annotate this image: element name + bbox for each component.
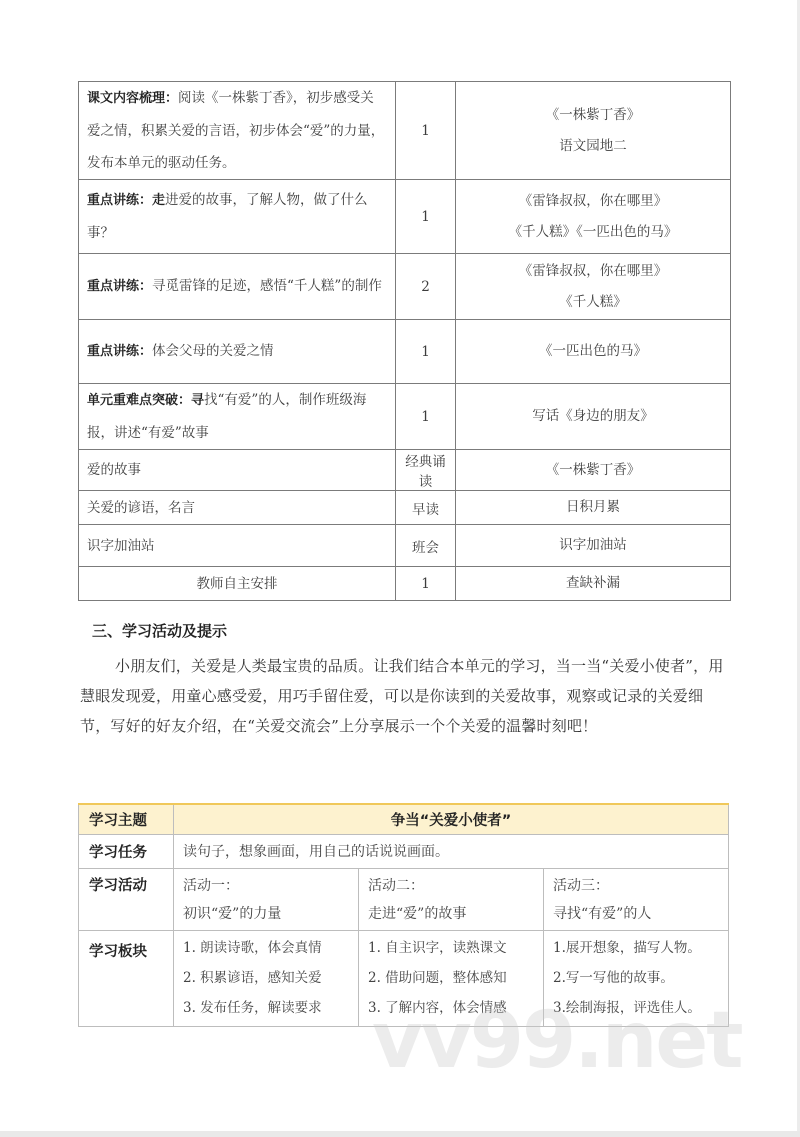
- section-paragraph: 小朋友们，关爱是人类最宝贵的品质。让我们结合本单元的学习，当一当“关爱小使者”，…: [80, 651, 732, 741]
- table-row: 爱的故事 经典诵读 《一株紫丁香》: [79, 450, 731, 491]
- table-row: 单元重难点突破：寻找“有爱”的人，制作班级海报，讲述“有爱”故事 1 写话《身边…: [79, 384, 731, 450]
- activity-name: 初识“爱”的力量: [183, 900, 349, 928]
- content-cell: 课文内容梳理：阅读《一株紫丁香》，初步感受关爱之情，积累关爱的言语，初步体会“爱…: [79, 82, 396, 180]
- theme-value: 争当“关爱小使者”: [174, 804, 729, 834]
- activity-title: 活动二：: [368, 872, 534, 900]
- table-row: 重点讲练：体会父母的关爱之情 1 《一匹出色的马》: [79, 320, 731, 384]
- hours-cell: 经典诵读: [396, 450, 456, 491]
- block-item: 1. 自主识字，读熟课文: [368, 933, 534, 963]
- block-item: 2. 积累谚语，感知关爱: [183, 963, 349, 993]
- content-cell: 识字加油站: [79, 525, 396, 567]
- block-item: 3.绘制海报，评选佳人。: [553, 993, 719, 1023]
- section-heading: 三、学习活动及提示: [92, 620, 227, 641]
- table-row-blocks: 学习板块 1. 朗读诗歌，体会真情 2. 积累谚语，感知关爱 3. 发布任务，解…: [79, 930, 729, 1026]
- content-text: 寻觅雷锋的足迹，感悟“千人糕”的制作: [152, 278, 382, 294]
- text-line: 《一匹出色的马》: [464, 336, 722, 367]
- texts-cell: 日积月累: [456, 491, 731, 525]
- block-item: 3. 发布任务，解读要求: [183, 993, 349, 1023]
- texts-cell: 查缺补漏: [456, 567, 731, 601]
- blocks-cell: 1.展开想象，描写人物。 2.写一写他的故事。 3.绘制海报，评选佳人。: [544, 930, 729, 1026]
- task-value: 读句子，想象画面，用自己的话说说画面。: [174, 834, 729, 868]
- theme-label: 学习主题: [79, 804, 174, 834]
- activity-cell: 活动一： 初识“爱”的力量: [174, 868, 359, 930]
- lesson-schedule-table: 课文内容梳理：阅读《一株紫丁香》，初步感受关爱之情，积累关爱的言语，初步体会“爱…: [78, 81, 731, 601]
- hours-cell: 早读: [396, 491, 456, 525]
- hours-cell: 1: [396, 384, 456, 450]
- texts-cell: 《一匹出色的马》: [456, 320, 731, 384]
- hours-cell: 1: [396, 82, 456, 180]
- texts-cell: 《雷锋叔叔，你在哪里》《千人糕》《一匹出色的马》: [456, 180, 731, 254]
- text-line: 《千人糕》《一匹出色的马》: [464, 217, 722, 248]
- content-bold-label: 重点讲练：: [87, 279, 152, 294]
- content-cell: 重点讲练：寻觅雷锋的足迹，感悟“千人糕”的制作: [79, 254, 396, 320]
- content-bold-label: 单元重难点突破：寻: [87, 393, 204, 408]
- table-row: 课文内容梳理：阅读《一株紫丁香》，初步感受关爱之情，积累关爱的言语，初步体会“爱…: [79, 82, 731, 180]
- activity-title: 活动一：: [183, 872, 349, 900]
- task-label: 学习任务: [79, 834, 174, 868]
- activity-name: 走进“爱”的故事: [368, 900, 534, 928]
- text-line: 《一株紫丁香》: [464, 100, 722, 131]
- blocks-label: 学习板块: [79, 930, 174, 1026]
- texts-cell: 《雷锋叔叔，你在哪里》《千人糕》: [456, 254, 731, 320]
- activity-name: 寻找“有爱”的人: [553, 900, 719, 928]
- activity-cell: 活动二： 走进“爱”的故事: [359, 868, 544, 930]
- block-item: 1.展开想象，描写人物。: [553, 933, 719, 963]
- text-line: 《雷锋叔叔，你在哪里》: [464, 256, 722, 287]
- blocks-cell: 1. 自主识字，读熟课文 2. 借助问题，整体感知 3. 了解内容，体会情感: [359, 930, 544, 1026]
- block-item: 2. 借助问题，整体感知: [368, 963, 534, 993]
- texts-cell: 《一株紫丁香》语文园地二: [456, 82, 731, 180]
- page-edge: [0, 1131, 800, 1137]
- table-row: 识字加油站 班会 识字加油站: [79, 525, 731, 567]
- block-item: 2.写一写他的故事。: [553, 963, 719, 993]
- table-row: 重点讲练：走进爱的故事，了解人物，做了什么事？ 1 《雷锋叔叔，你在哪里》《千人…: [79, 180, 731, 254]
- content-cell: 爱的故事: [79, 450, 396, 491]
- text-line: 《雷锋叔叔，你在哪里》: [464, 186, 722, 217]
- content-cell: 单元重难点突破：寻找“有爱”的人，制作班级海报，讲述“有爱”故事: [79, 384, 396, 450]
- content-bold-label: 重点讲练：走: [87, 193, 165, 208]
- table-row-theme: 学习主题 争当“关爱小使者”: [79, 804, 729, 834]
- activities-label: 学习活动: [79, 868, 174, 930]
- hours-cell: 班会: [396, 525, 456, 567]
- text-line: 写话《身边的朋友》: [464, 401, 722, 432]
- hours-cell: 1: [396, 567, 456, 601]
- texts-cell: 写话《身边的朋友》: [456, 384, 731, 450]
- content-bold-label: 课文内容梳理：: [87, 91, 178, 106]
- block-item: 1. 朗读诗歌，体会真情: [183, 933, 349, 963]
- hours-cell: 1: [396, 320, 456, 384]
- activity-cell: 活动三： 寻找“有爱”的人: [544, 868, 729, 930]
- table-row-activities: 学习活动 活动一： 初识“爱”的力量 活动二： 走进“爱”的故事 活动三： 寻找…: [79, 868, 729, 930]
- content-text: 体会父母的关爱之情: [152, 343, 274, 359]
- learning-activity-table: 学习主题 争当“关爱小使者” 学习任务 读句子，想象画面，用自己的话说说画面。 …: [78, 803, 729, 1027]
- text-line: 《千人糕》: [464, 287, 722, 318]
- content-cell: 教师自主安排: [79, 567, 396, 601]
- content-cell: 重点讲练：走进爱的故事，了解人物，做了什么事？: [79, 180, 396, 254]
- content-cell: 关爱的谚语，名言: [79, 491, 396, 525]
- block-item: 3. 了解内容，体会情感: [368, 993, 534, 1023]
- text-line: 语文园地二: [464, 131, 722, 162]
- hours-cell: 1: [396, 180, 456, 254]
- content-bold-label: 重点讲练：: [87, 344, 152, 359]
- table-row-task: 学习任务 读句子，想象画面，用自己的话说说画面。: [79, 834, 729, 868]
- blocks-cell: 1. 朗读诗歌，体会真情 2. 积累谚语，感知关爱 3. 发布任务，解读要求: [174, 930, 359, 1026]
- table-row: 重点讲练：寻觅雷锋的足迹，感悟“千人糕”的制作 2 《雷锋叔叔，你在哪里》《千人…: [79, 254, 731, 320]
- hours-cell: 2: [396, 254, 456, 320]
- content-cell: 重点讲练：体会父母的关爱之情: [79, 320, 396, 384]
- table-row: 教师自主安排 1 查缺补漏: [79, 567, 731, 601]
- table-row: 关爱的谚语，名言 早读 日积月累: [79, 491, 731, 525]
- texts-cell: 识字加油站: [456, 525, 731, 567]
- texts-cell: 《一株紫丁香》: [456, 450, 731, 491]
- activity-title: 活动三：: [553, 872, 719, 900]
